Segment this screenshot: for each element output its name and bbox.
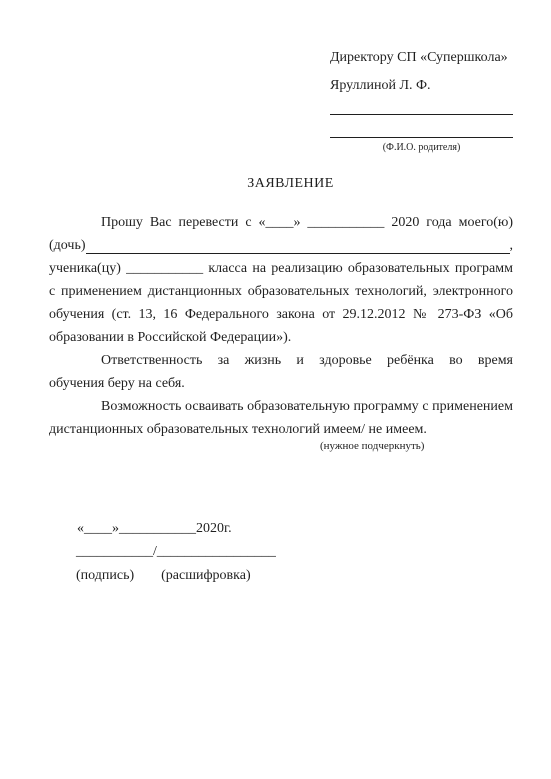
- underline-note: (нужное подчеркнуть): [320, 440, 424, 453]
- date-line: «____»___________2020г.: [77, 517, 232, 540]
- signature-caption: (подпись): [76, 568, 134, 583]
- body-line-fill-in: (дочь),: [49, 234, 513, 257]
- signature-line: ___________/_________________: [76, 540, 276, 563]
- body-line: дистанционных образовательных технологий…: [49, 418, 513, 441]
- document-page: Директору СП «Супершкола» Яруллиной Л. Ф…: [0, 0, 551, 779]
- body-line: Прошу Вас перевести с «____» ___________…: [49, 211, 513, 234]
- body-line: обучения беру на себя.: [49, 372, 513, 395]
- body-line: Ответственность за жизнь и здоровье ребё…: [49, 349, 513, 372]
- document-title: ЗАЯВЛЕНИЕ: [0, 172, 551, 195]
- fio-caption: (Ф.И.О. родителя): [330, 142, 513, 154]
- body-line: образовании в Российской Федерации»).: [49, 326, 513, 349]
- body-line: с применением дистанционных образователь…: [49, 280, 513, 303]
- body-line: обучения (ст. 13, 16 Федерального закона…: [49, 303, 513, 326]
- signature-captions: (подпись)(расшифровка): [76, 564, 251, 587]
- body-paragraphs: Прошу Вас перевести с «____» ___________…: [49, 211, 513, 441]
- transcript-caption: (расшифровка): [161, 568, 251, 583]
- body-line: Возможность осваивать образовательную пр…: [49, 395, 513, 418]
- fill-in-prefix: (дочь): [49, 234, 86, 257]
- parent-name-blank-line-1: [330, 100, 513, 115]
- recipient-block: Директору СП «Супершкола» Яруллиной Л. Ф…: [330, 44, 513, 154]
- fill-in-suffix: ,: [510, 234, 514, 257]
- recipient-name: Яруллиной Л. Ф.: [330, 72, 513, 100]
- parent-name-blank-line-2: [330, 115, 513, 138]
- fill-in-blank: [86, 234, 510, 254]
- body-line: ученика(цу) ___________ класса на реализ…: [49, 257, 513, 280]
- recipient-title: Директору СП «Супершкола»: [330, 44, 513, 72]
